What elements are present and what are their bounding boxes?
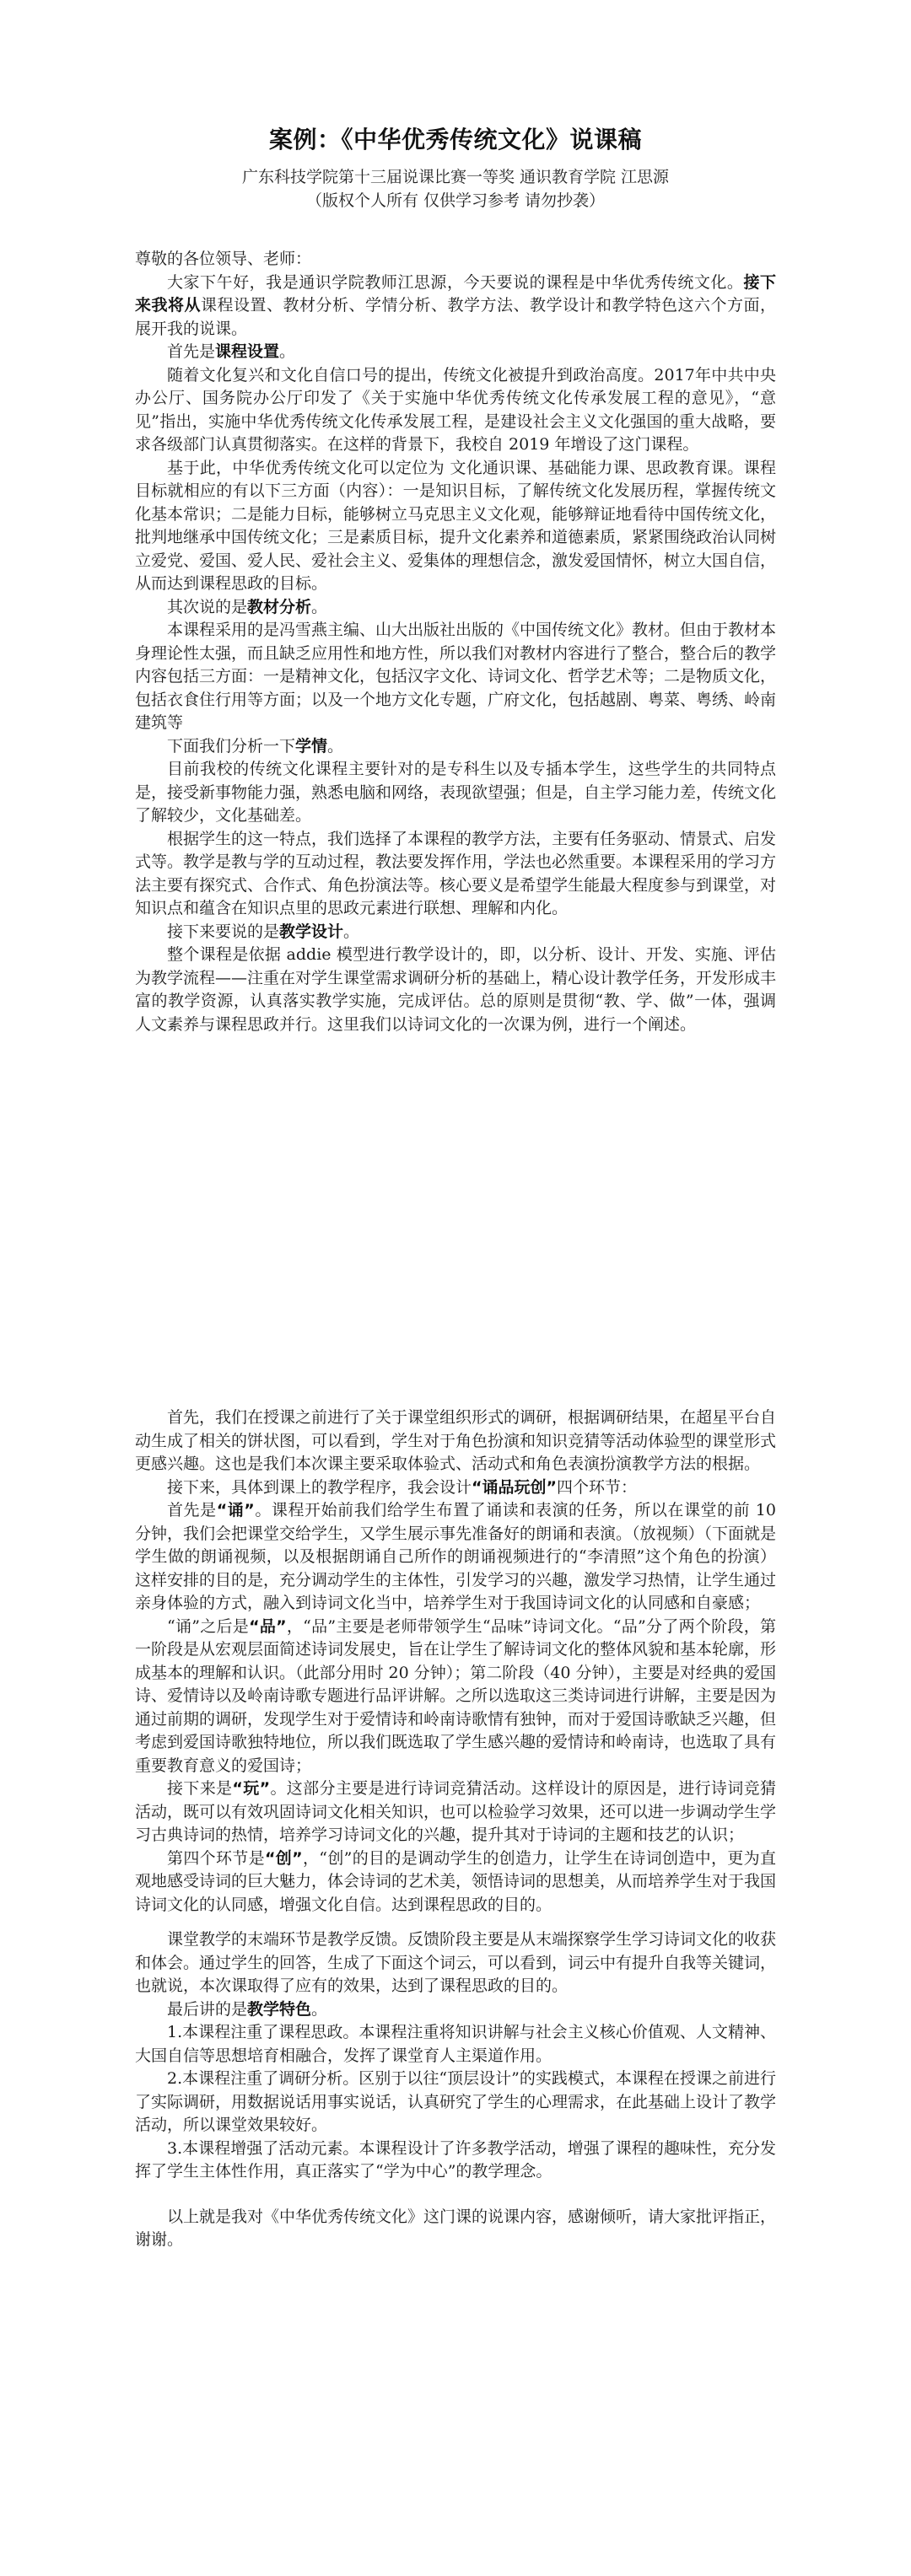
step-keyword: “创” [265, 1849, 303, 1868]
award-subtitle: 广东科技学院第十三届说课比赛一等奖 通识教育学院 江思源 [135, 165, 776, 189]
procedure-paragraph: 接下来，具体到课上的教学程序，我会设计“诵品玩创”四个环节： [135, 1476, 776, 1500]
heading-lead: 最后讲的是 [167, 2000, 247, 2019]
spacer [135, 1917, 776, 1928]
heading-lead: 首先是 [167, 342, 215, 361]
heading-lead: 其次说的是 [167, 598, 247, 616]
step-keyword: “品” [249, 1617, 287, 1636]
document-page-2: 首先，我们在授课之前进行了关于课堂组织形式的调研，根据调研结果，在超星平台自动生… [135, 1406, 776, 2252]
feedback-paragraph: 课堂教学的末端环节是教学反馈。反馈阶段主要是从末端探察学生学习诗词文化的收获和体… [135, 1928, 776, 1998]
heading-keyword: 教学特色 [247, 2000, 311, 2019]
copyright-note: （版权个人所有 仅供学习参考 请勿抄袭） [135, 189, 776, 212]
step-lead: “诵”之后是 [167, 1617, 249, 1636]
step-lead: 第四个环节是 [167, 1849, 265, 1868]
heading-lead: 接下来要说的是 [167, 922, 279, 941]
step-recite-paragraph: 首先是“诵”。课程开始前我们给学生布置了诵读和表演的任务，所以在课堂的前 10 … [135, 1499, 776, 1616]
heading-keyword: 教材分析 [247, 598, 311, 616]
step-create-paragraph: 第四个环节是“创”，“创”的目的是调动学生的创造力，让学生在诗词创造中，更为直观… [135, 1847, 776, 1917]
textbook-paragraph: 本课程采用的是冯雪燕主编、山大出版社出版的《中国传统文化》教材。但由于教材本身理… [135, 619, 776, 735]
feature-item-1: 1.本课程注重了课程思政。本课程注重将知识讲解与社会主义核心价值观、人文精神、大… [135, 2021, 776, 2068]
procedure-keyword: “诵品玩创” [472, 1478, 557, 1497]
section-heading-students: 下面我们分析一下学情。 [135, 735, 776, 759]
intro-paragraph: 大家下午好，我是通识学院教师江思源，今天要说的课程是中华优秀传统文化。接下来我将… [135, 272, 776, 341]
section-heading-design: 接下来要说的是教学设计。 [135, 921, 776, 944]
spacer [135, 2184, 776, 2206]
course-goals-paragraph: 基于此，中华优秀传统文化可以定位为 文化通识课、基础能力课、思政教育课。课程目标… [135, 457, 776, 596]
step-play-paragraph: 接下来是“玩”。这部分主要是进行诗词竞猜活动。这样设计的原因是，进行诗词竞猜活动… [135, 1777, 776, 1847]
course-background-paragraph: 随着文化复兴和文化自信口号的提出，传统文化被提升到政治高度。2017年中共中央办… [135, 364, 776, 457]
heading-punct: 。 [327, 737, 343, 756]
step-taste-paragraph: “诵”之后是“品”，“品”主要是老师带领学生“品味”诗词文化。“品”分了两个阶段… [135, 1616, 776, 1778]
intro-text-rest: 课程设置、教材分析、学情分析、教学方法、教学设计和教学特色这六个方面，展开我的说… [135, 296, 776, 338]
section-heading-features: 最后讲的是教学特色。 [135, 1998, 776, 2022]
procedure-rest: 四个环节： [557, 1478, 637, 1497]
closing-paragraph: 以上就是我对《中华优秀传统文化》这门课的说课内容，感谢倾听，请大家批评指正，谢谢… [135, 2206, 776, 2252]
students-paragraph: 目前我校的传统文化课程主要针对的是专科生以及专插本学生，这些学生的共同特点是，接… [135, 758, 776, 828]
document-page-1: 案例：《中华优秀传统文化》说课稿 广东科技学院第十三届说课比赛一等奖 通识教育学… [135, 125, 776, 1036]
step-keyword: “玩” [232, 1779, 270, 1798]
step-lead: 首先是 [167, 1501, 217, 1519]
feature-item-3: 3.本课程增强了活动元素。本课程设计了许多教学活动，增强了课程的趣味性，充分发挥… [135, 2138, 776, 2184]
heading-punct: 。 [343, 922, 359, 941]
step-keyword: “诵” [217, 1501, 255, 1519]
feature-item-2: 2.本课程注重了调研分析。区别于以往“顶层设计”的实践模式，本课程在授课之前进行… [135, 2068, 776, 2138]
section-heading-textbook: 其次说的是教材分析。 [135, 596, 776, 620]
heading-punct: 。 [279, 342, 295, 361]
heading-keyword: 教学设计 [279, 922, 343, 941]
page-title: 案例：《中华优秀传统文化》说课稿 [135, 125, 776, 155]
heading-punct: 。 [311, 2000, 327, 2019]
methods-paragraph: 根据学生的这一特点，我们选择了本课程的教学方法，主要有任务驱动、情景式、启发式等… [135, 828, 776, 921]
design-paragraph: 整个课程是依据 addie 模型进行教学设计的，即，以分析、设计、开发、实施、评… [135, 944, 776, 1036]
heading-keyword: 课程设置 [215, 342, 279, 361]
greeting: 尊敬的各位领导、老师： [135, 248, 776, 272]
heading-punct: 。 [311, 598, 327, 616]
procedure-lead: 接下来，具体到课上的教学程序，我会设计 [167, 1478, 472, 1497]
heading-lead: 下面我们分析一下 [167, 737, 295, 756]
survey-paragraph: 首先，我们在授课之前进行了关于课堂组织形式的调研，根据调研结果，在超星平台自动生… [135, 1406, 776, 1476]
step-body: ，“品”主要是老师带领学生“品味”诗词文化。“品”分了两个阶段，第一阶段是从宏观… [135, 1617, 776, 1775]
step-lead: 接下来是 [167, 1779, 232, 1798]
heading-keyword: 学情 [295, 737, 327, 756]
intro-text: 大家下午好，我是通识学院教师江思源，今天要说的课程是中华优秀传统文化。 [167, 273, 743, 292]
section-heading-course-setup: 首先是课程设置。 [135, 341, 776, 364]
